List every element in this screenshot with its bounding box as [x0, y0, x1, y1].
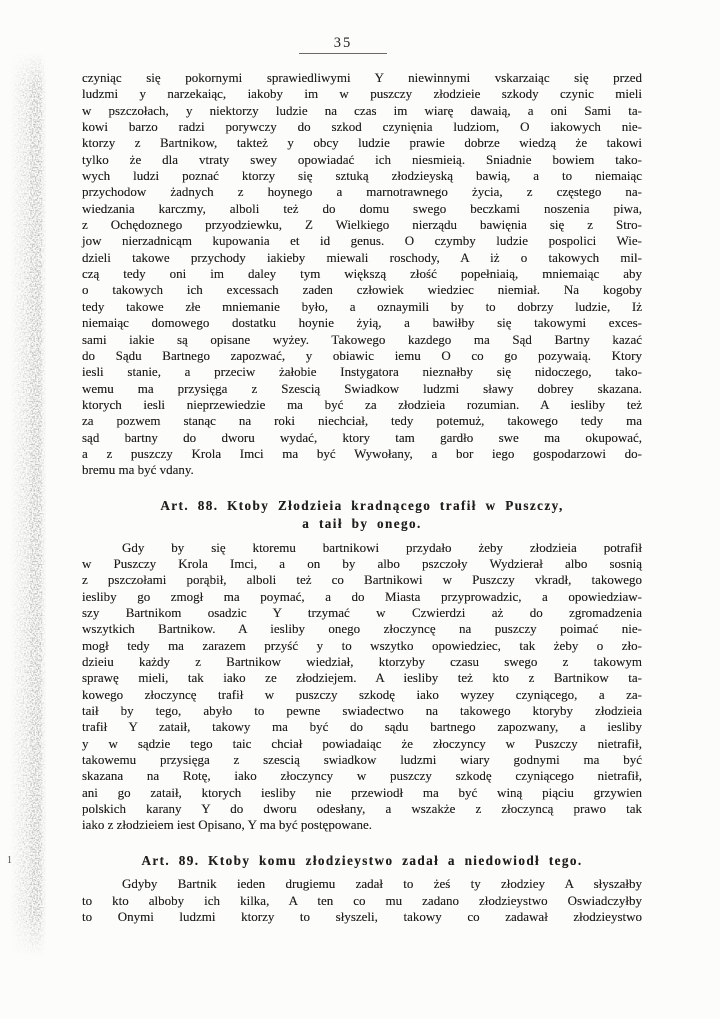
text-line: sami iakie są opisane wyżey. Takowego ka…	[82, 332, 642, 348]
text-line: w pszczołach, y niektorzy ludzie na czas…	[82, 103, 642, 119]
heading-line: Art. 89. Ktoby komu złodzieystwo zadał a…	[82, 852, 642, 871]
text-line: iesli stanie, a przeciw żałobie Instygat…	[82, 364, 642, 380]
body-paragraph: czyniąc się pokornymi sprawiedliwymi Y n…	[82, 70, 642, 479]
margin-artifact-mark: 1	[7, 855, 12, 866]
text-line: wszytkich Bartnikow. A iesliby onego zło…	[82, 621, 642, 637]
text-line: iako z złodzieiem iest Opisano, Y ma być…	[82, 817, 642, 833]
text-line: wemu ma przysięga z Szescią Swiadkow lud…	[82, 381, 642, 397]
text-column: czyniąc się pokornymi sprawiedliwymi Y n…	[82, 70, 642, 925]
text-line: sąd bartny do dworu wydać, ktory tam gar…	[82, 430, 642, 446]
text-line: ludzmi y narzekaiąc, iakoby im w puszczy…	[82, 86, 642, 102]
text-line: ktorzy z Bartnikow, takteż y obcy ludzie…	[82, 135, 642, 151]
text-line: iesliby go zmogł ma poymać, a do Miasta …	[82, 589, 642, 605]
text-line: niemaiąc domowego dostatku hoynie żyią, …	[82, 315, 642, 331]
text-line: wiedzania karczmy, alboli też do domu sw…	[82, 201, 642, 217]
text-line: przychodow żadnych z hoynego a marnotraw…	[82, 184, 642, 200]
text-line: Gdy by się ktoremu bartnikowi przydało ż…	[82, 540, 642, 556]
text-line: skazana na Rotę, iako złoczyncy w puszcz…	[82, 768, 642, 784]
text-line: jow nierzadnicąm kupowania et id genus. …	[82, 233, 642, 249]
text-line: sprawę mieli, tak iako ze złodziejem. A …	[82, 670, 642, 686]
text-line: taił by tego, abyło to pewne swiadectwo …	[82, 703, 642, 719]
text-line: z pszczołami porąbił, alboli też co Bart…	[82, 572, 642, 588]
text-line: czyniąc się pokornymi sprawiedliwymi Y n…	[82, 70, 642, 86]
body-paragraph: Gdyby Bartnik ieden drugiemu zadał to że…	[82, 876, 642, 925]
text-line: tylko że dla vtraty swey opowiadać ich n…	[82, 152, 642, 168]
article-heading: Art. 88. Ktoby Złodzieia kradnącego traf…	[82, 497, 642, 534]
text-line: trafił Y zataił, takowy ma być do sądu b…	[82, 719, 642, 735]
text-line: szy Bartnikom osadzic Y trzymać w Czwier…	[82, 605, 642, 621]
text-line: a z puszczy Krola Imci ma być Wywołany, …	[82, 446, 642, 462]
text-line: mogł tedy ma zarazem przyść y to wszytko…	[82, 638, 642, 654]
text-line: dzieli takowe przychody iakieby miewali …	[82, 250, 642, 266]
binding-shadow-artifact	[0, 52, 60, 957]
body-paragraph: Gdy by się ktoremu bartnikowi przydało ż…	[82, 540, 642, 834]
text-line: polskich karany Y do dworu odesłany, a w…	[82, 801, 642, 817]
text-line: Gdyby Bartnik ieden drugiemu zadał to że…	[82, 876, 642, 892]
text-line: ktorych iesli nieprzewiedzie ma być za z…	[82, 397, 642, 413]
heading-line: a taił by onego.	[82, 515, 642, 534]
text-line: za pozwem stanąc na roki niechciał, tedy…	[82, 413, 642, 429]
text-line: kowi barzo radzi porywczy do szkod czyni…	[82, 119, 642, 135]
text-line: w Puszczy Krola Imci, a on by albo pszcz…	[82, 556, 642, 572]
text-line: tedy takowe złe mniemanie było, a oznaym…	[82, 299, 642, 315]
text-line: kowego złoczyncę trafił w puszczy szkodę…	[82, 687, 642, 703]
text-line: o takowych ich excessach zaden człowiek …	[82, 282, 642, 298]
article-heading: Art. 89. Ktoby komu złodzieystwo zadał a…	[82, 852, 642, 871]
text-line: ani go zataił, ktorych iesliby nie przew…	[82, 785, 642, 801]
heading-line: Art. 88. Ktoby Złodzieia kradnącego traf…	[82, 497, 642, 516]
scanned-document-page: 1 35 czyniąc się pokornymi sprawiedliwym…	[0, 0, 720, 1019]
text-line: dzieiu każdy z Bartnikow wiedział, ktorz…	[82, 654, 642, 670]
text-line: bremu ma być vdany.	[82, 462, 642, 478]
text-line: wych ludzi poznać ktorzy się sztuką złod…	[82, 168, 642, 184]
text-line: czą tedy oni im daley tym większą złość …	[82, 266, 642, 282]
text-line: to kto alboby ich kilka, A ten co mu zad…	[82, 893, 642, 909]
text-line: do Sądu Bartnego zapozwać, y obiawic iem…	[82, 348, 642, 364]
text-line: takowemu przysięga z szescią swiadkow lu…	[82, 752, 642, 768]
text-line: z Ochędoznego przyodziewku, Z Wielkiego …	[82, 217, 642, 233]
page-number: 35	[334, 35, 353, 51]
text-line: to Onymi ludzmi ktorzy to słyszeli, tako…	[82, 909, 642, 925]
text-line: y w sądzie tego taic chciał powiadaiąc ż…	[82, 736, 642, 752]
page-number-rule: 35	[299, 34, 387, 54]
